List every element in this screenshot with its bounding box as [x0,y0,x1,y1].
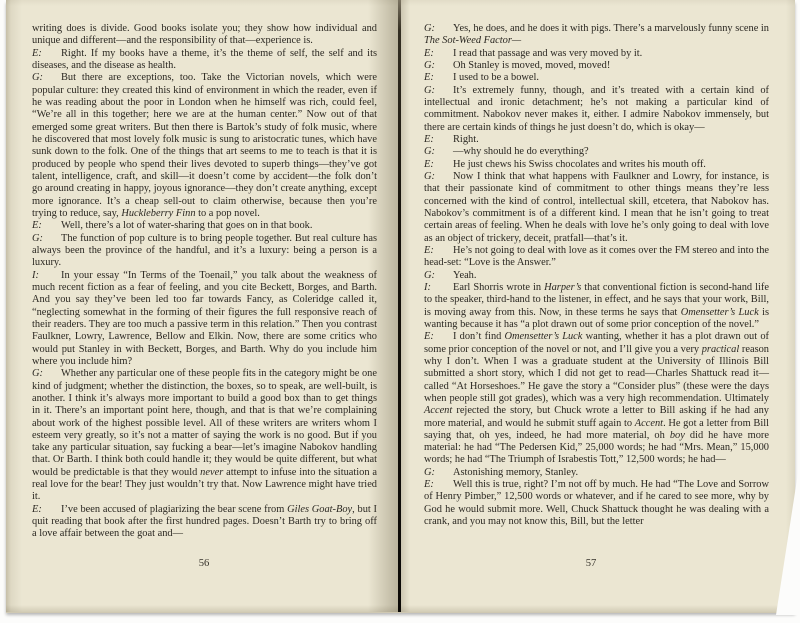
text-run: Earl Shorris wrote in [453,282,544,293]
page-number-right: 57 [561,558,621,569]
text-run: Well, there’s a lot of water-sharing tha… [61,220,312,231]
text-run: writing does is divide. Good books isola… [32,23,377,46]
speaker-label: G: [32,233,61,245]
text-run: I’ve been accused of plagiarizing the be… [61,504,287,515]
italic-text: boy [670,430,685,441]
speaker-label: E: [424,134,453,146]
italic-text: Huckleberry Finn [121,208,195,219]
speaker-label: G: [424,85,453,97]
text-run: Yeah. [453,270,476,281]
book-scan: writing does is divide. Good books isola… [0,0,800,623]
page-left-text: writing does is divide. Good books isola… [32,23,377,541]
text-run: Right. [453,134,479,145]
speaker-label: E: [424,479,453,491]
speaker-label: G: [424,23,453,35]
text-run: —why should he do everything? [453,146,589,157]
speaker-label: G: [424,60,453,72]
italic-text: Accent [635,418,663,429]
text-run: In your essay “In Terms of the Toenail,”… [32,270,377,367]
book-spread: writing does is divide. Good books isola… [6,0,795,612]
paragraph: G:It’s extremely funny, though, and it’s… [424,85,769,134]
page-number-left: 56 [174,558,234,569]
paragraph: G:Oh Stanley is moved, moved, moved! [424,60,769,72]
page-right-text: G:Yes, he does, and he does it with pigs… [424,23,769,528]
text-run: Oh Stanley is moved, moved, moved! [453,60,610,71]
gutter-shadow-right [401,0,410,612]
text-run: He’s not going to deal with love as it c… [424,245,769,268]
paragraph: I:Earl Shorris wrote in Harper’s that co… [424,282,769,331]
italic-text: Accent [424,405,452,416]
speaker-label: G: [424,171,453,183]
paragraph: E:He just chews his Swiss chocolates and… [424,159,769,171]
text-run: Yes, he does, and he does it with pigs. … [453,23,769,34]
italic-text: Harper’s [544,282,581,293]
italic-text: Omensetter’s Luck [681,307,759,318]
speaker-label: E: [424,245,453,257]
paragraph: E:Right. [424,134,769,146]
text-run: The function of pop culture is to bring … [32,233,377,269]
speaker-label: G: [424,270,453,282]
paragraph: writing does is divide. Good books isola… [32,23,377,48]
speaker-label: G: [424,146,453,158]
paragraph: G:—why should he do everything? [424,146,769,158]
paragraph: G:Yes, he does, and he does it with pigs… [424,23,769,48]
text-run: I don’t find [453,331,505,342]
speaker-label: G: [424,467,453,479]
text-run: Whether any particular one of these peop… [32,368,377,478]
speaker-label: I: [424,282,453,294]
paragraph: G:Astonishing memory, Stanley. [424,467,769,479]
paragraph: G:Yeah. [424,270,769,282]
speaker-label: E: [32,48,61,60]
paragraph: G:Whether any particular one of these pe… [32,368,377,504]
text-run: It’s extremely funny, though, and it’s t… [424,85,769,133]
italic-text: Giles Goat-Boy [287,504,352,515]
paragraph: G:But there are exceptions, too. Take th… [32,72,377,220]
italic-text: The Sot-Weed Factor— [424,35,521,46]
text-run: I read that passage and was very moved b… [453,48,642,59]
speaker-label: I: [32,270,61,282]
paragraph: I:In your essay “In Terms of the Toenail… [32,270,377,369]
paragraph: E:I read that passage and was very moved… [424,48,769,60]
italic-text: never [200,467,223,478]
text-run: I used to be a bowel. [453,72,539,83]
speaker-label: G: [32,368,61,380]
paragraph: G:The function of pop culture is to brin… [32,233,377,270]
gutter-shadow [368,0,398,612]
paragraph: G:Now I think that what happens with Fau… [424,171,769,245]
text-run: But there are exceptions, too. Take the … [32,72,377,219]
paragraph: E:I used to be a bowel. [424,72,769,84]
text-run: He just chews his Swiss chocolates and w… [453,159,706,170]
speaker-label: E: [424,331,453,343]
paragraph: E:I’ve been accused of plagiarizing the … [32,504,377,541]
speaker-label: E: [424,48,453,60]
text-run: Now I think that what happens with Faulk… [424,171,769,244]
speaker-label: E: [424,72,453,84]
paragraph: E:He’s not going to deal with love as it… [424,245,769,270]
italic-text: practical [702,344,740,355]
text-run: to a pop novel. [196,208,260,219]
speaker-label: G: [32,72,61,84]
text-run: Astonishing memory, Stanley. [453,467,578,478]
italic-text: Omensetter’s Luck [505,331,583,342]
speaker-label: E: [32,504,61,516]
text-run: Right. If my books have a theme, it’s th… [32,48,377,71]
speaker-label: E: [424,159,453,171]
paragraph: E:Right. If my books have a theme, it’s … [32,48,377,73]
paragraph: E:I don’t find Omensetter’s Luck wanting… [424,331,769,467]
text-run: Well this is true, right? I’m not off by… [424,479,769,527]
speaker-label: E: [32,220,61,232]
paragraph: E:Well, there’s a lot of water-sharing t… [32,220,377,232]
paragraph: E:Well this is true, right? I’m not off … [424,479,769,528]
